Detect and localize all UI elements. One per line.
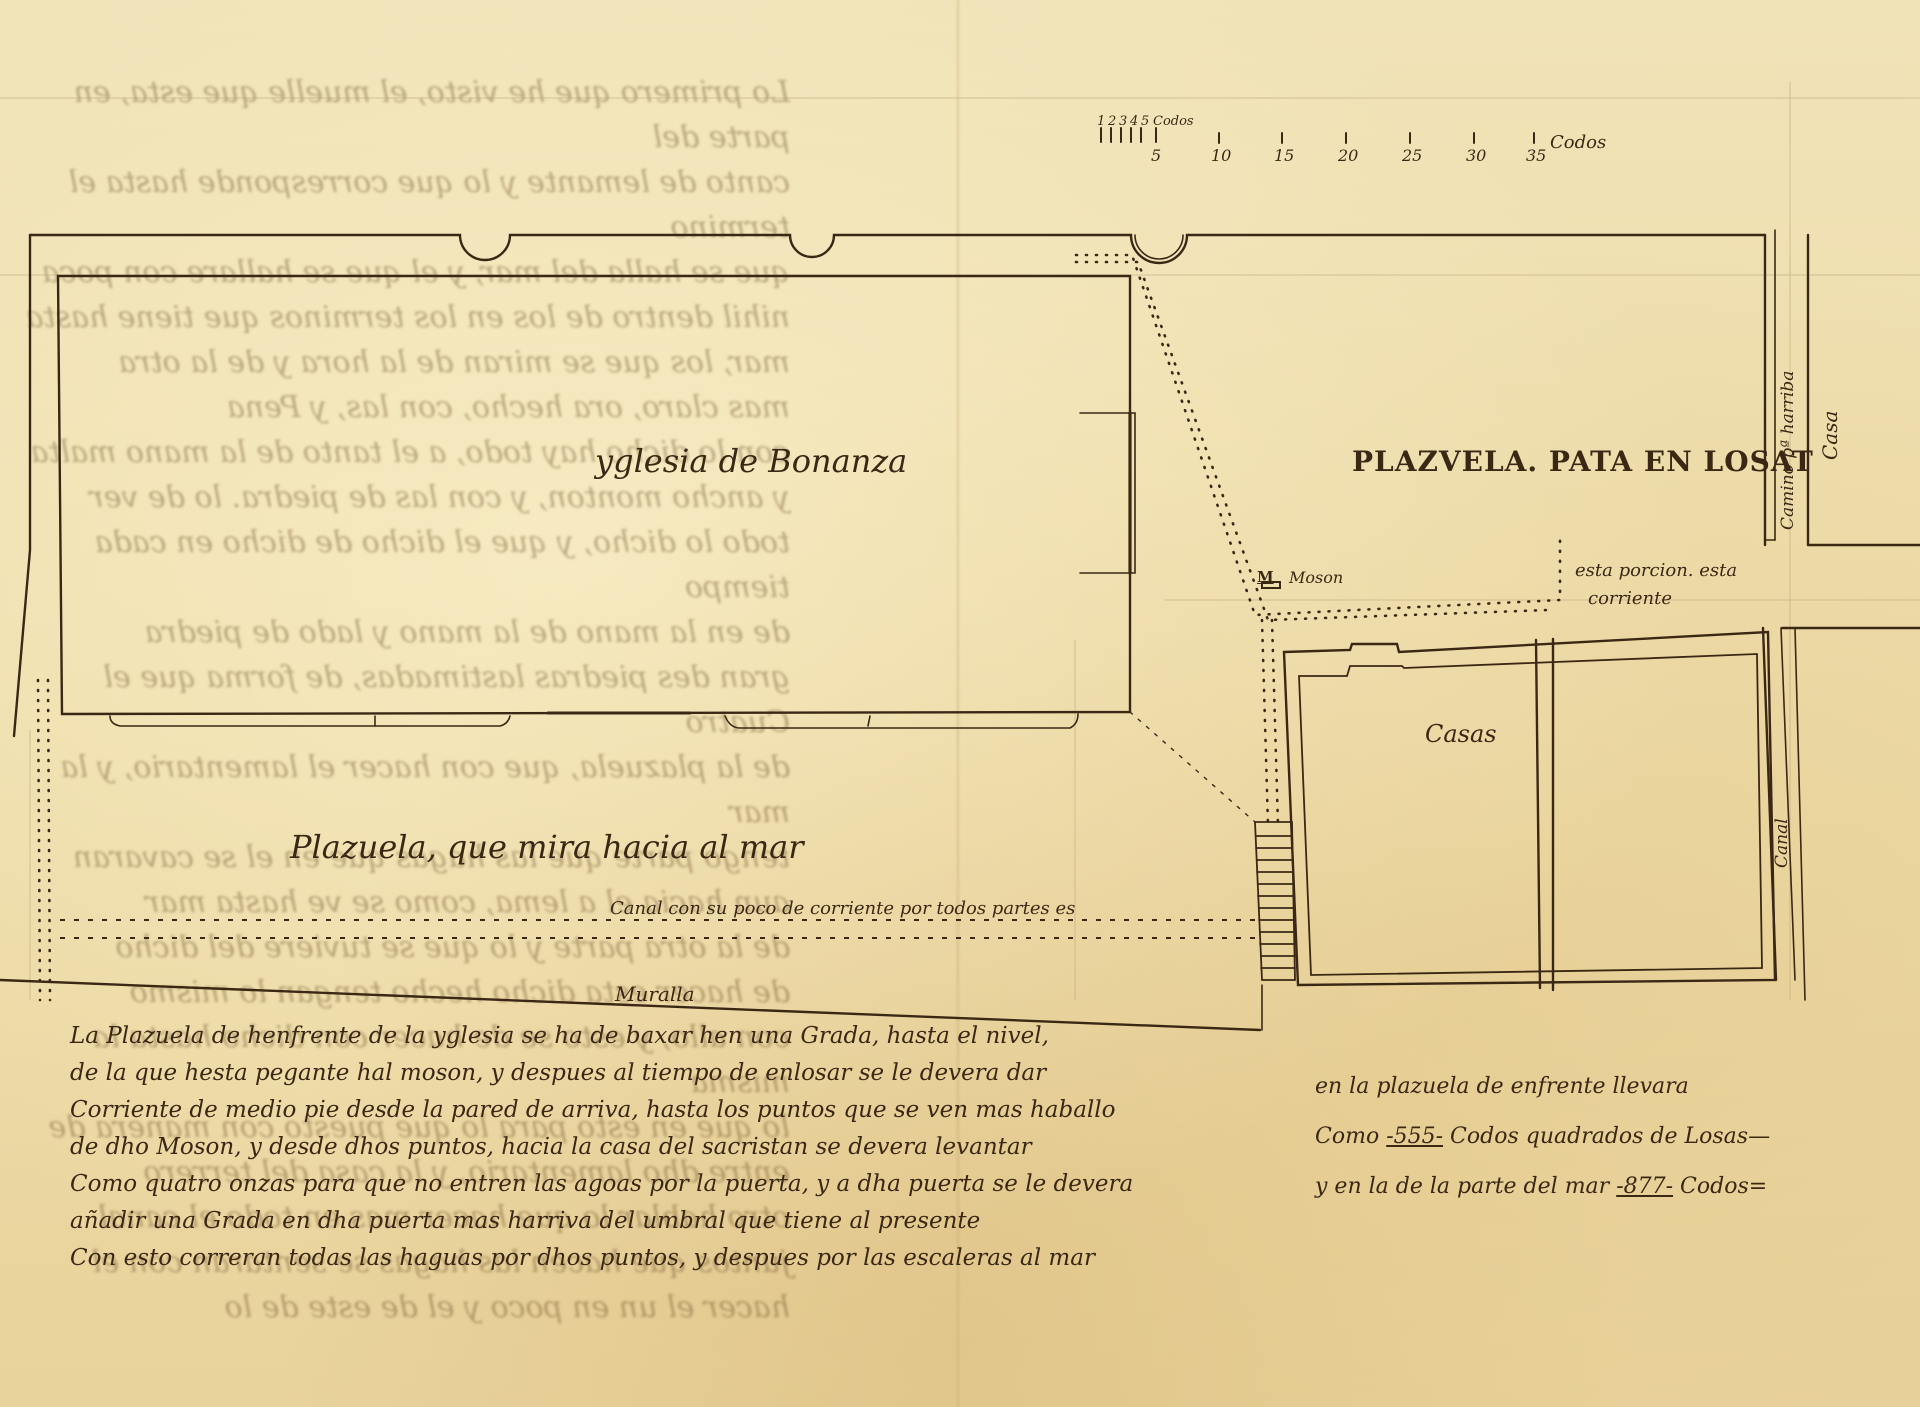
moson-mark: M [1257, 568, 1274, 586]
scale-small-tick-2: 2 [1108, 114, 1116, 129]
scale-major-15: 15 [1274, 146, 1294, 165]
stairs [1255, 822, 1295, 980]
scale-small-tick-4: 4 [1130, 114, 1138, 129]
label-moson: Moson [1289, 568, 1343, 587]
label-casa: Casa [1818, 411, 1842, 460]
label-canal-vertical: Canal [1772, 818, 1792, 868]
note-left: La Plazuela de henfrente de la yglesia s… [70, 1018, 1133, 1277]
label-casas: Casas [1425, 720, 1497, 748]
note-right-line-3-suffix: Codos= [1680, 1174, 1767, 1199]
scale-small-tick-1: 1 [1097, 114, 1105, 129]
note-right-line-2-prefix: Como [1315, 1124, 1379, 1149]
church-outline [58, 276, 1130, 714]
note-left-line-7: Con esto correran todas las haguas por d… [70, 1240, 1133, 1277]
scale-major-20: 20 [1338, 146, 1358, 165]
label-muralla: Muralla [615, 982, 695, 1006]
scale-small-unit: Codos [1153, 114, 1194, 129]
note-right-line-2-suffix: Codos quadrados de Losas— [1450, 1124, 1770, 1149]
note-left-line-4: de dho Moson, y desde dhos puntos, hacia… [70, 1129, 1133, 1166]
label-porcion-line1: esta porcion. esta [1575, 560, 1737, 581]
note-right-line-3: y en la de la parte del mar -877- Codos= [1315, 1162, 1770, 1212]
scale-major-5: 5 [1151, 146, 1161, 165]
canal-dashed-lines [60, 920, 1260, 938]
scale-major-35: 35 [1526, 146, 1546, 165]
note-left-line-5: Como quatro onzas para que no entren las… [70, 1166, 1133, 1203]
label-camino: Camino pª harriba [1778, 371, 1798, 530]
scale-major-30: 30 [1466, 146, 1486, 165]
note-left-line-3: Corriente de medio pie desde la pared de… [70, 1092, 1133, 1129]
note-left-line-1: La Plazuela de henfrente de la yglesia s… [70, 1018, 1133, 1055]
scale-major-10: 10 [1211, 146, 1231, 165]
scale-bar-ticks [1101, 128, 1534, 143]
dotted-drain-lines [38, 255, 1560, 1000]
casas-inner [1299, 654, 1762, 975]
note-left-line-2: de la que hesta pegante hal moson, y des… [70, 1055, 1133, 1092]
label-porcion-line2: corriente [1588, 588, 1672, 609]
north-wall [30, 235, 1765, 263]
church-west-wall [14, 235, 30, 736]
label-canal-horizontal: Canal con su poco de corriente por todos… [610, 898, 1075, 919]
area-value-sea-side: -877- [1616, 1174, 1673, 1199]
note-left-line-6: añadir una Grada en dha puerta mas harri… [70, 1203, 1133, 1240]
note-right-line-1: en la plazuela de enfrente llevara [1315, 1062, 1770, 1112]
scale-major-25: 25 [1402, 146, 1422, 165]
label-church: yglesia de Bonanza [595, 442, 907, 480]
note-right-line-3-prefix: y en la de la parte del mar [1315, 1174, 1609, 1199]
scale-small-tick-5: 5 [1141, 114, 1149, 129]
ruling-lines [0, 82, 1920, 1000]
area-value-plaza: -555- [1386, 1124, 1443, 1149]
casas-outer [1284, 632, 1775, 985]
label-plaza-sea: Plazuela, que mira hacia al mar [290, 828, 804, 866]
scale-unit: Codos [1550, 132, 1606, 153]
note-right-line-2: Como -555- Codos quadrados de Losas— [1315, 1112, 1770, 1162]
label-plaza-paved: PLAZVELA. PATA EN LOSAT [1352, 445, 1814, 478]
scale-small-tick-3: 3 [1119, 114, 1127, 129]
note-right: en la plazuela de enfrente llevara Como … [1315, 1062, 1770, 1212]
